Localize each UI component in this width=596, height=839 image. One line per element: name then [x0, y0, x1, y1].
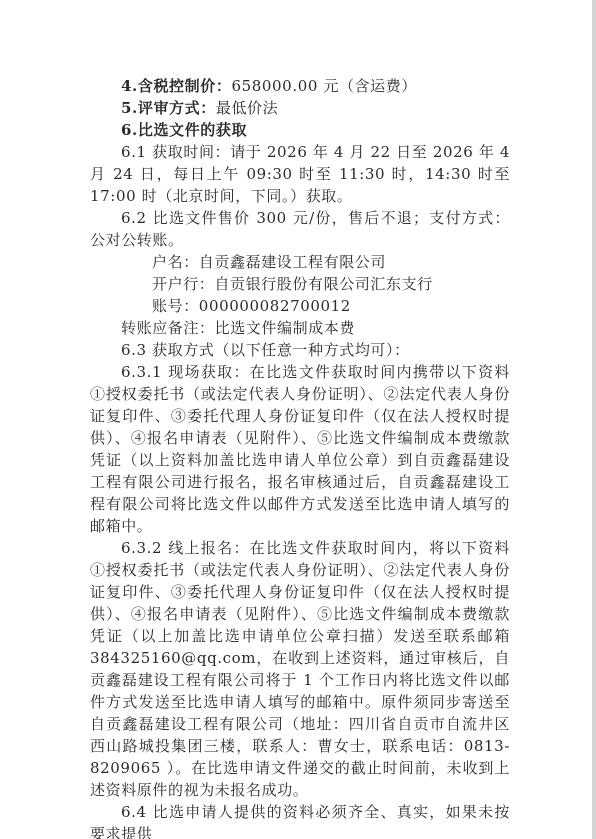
paragraph-6-4: 6.4 比选申请人提供的资料必须齐全、真实，如果未按要求提供 [90, 801, 510, 839]
review-method-line: 5.评审方式：最低价法 [90, 97, 510, 119]
transfer-note: 转账应备注：比选文件编制成本费 [90, 317, 510, 339]
control-price-value: 658000.00 元（含运费） [231, 77, 416, 95]
section-6-heading: 6.比选文件的获取 [90, 119, 510, 141]
review-method-label: 5.评审方式： [121, 99, 216, 117]
paragraph-6-3-1: 6.3.1 现场获取：在比选文件获取时间内携带以下资料①授权委托书（或法定代表人… [90, 361, 510, 537]
account-name: 户名：自贡鑫磊建设工程有限公司 [90, 251, 510, 273]
review-method-value: 最低价法 [216, 99, 278, 117]
page-edge [592, 0, 596, 839]
account-bank: 开户行：自贡银行股份有限公司汇东支行 [90, 273, 510, 295]
control-price-line: 4.含税控制价：658000.00 元（含运费） [90, 75, 510, 97]
paragraph-6-2: 6.2 比选文件售价 300 元/份，售后不退；支付方式：公对公转账。 [90, 207, 510, 251]
document-body: 4.含税控制价：658000.00 元（含运费） 5.评审方式：最低价法 6.比… [90, 75, 510, 839]
account-number: 账号：000000082700012 [90, 295, 510, 317]
paragraph-6-3-2: 6.3.2 线上报名：在比选文件获取时间内，将以下资料①授权委托书（或法定代表人… [90, 537, 510, 801]
paragraph-6-1: 6.1 获取时间：请于 2026 年 4 月 22 日至 2026 年 4 月 … [90, 141, 510, 207]
control-price-label: 4.含税控制价： [121, 77, 231, 95]
paragraph-6-3: 6.3 获取方式（以下任意一种方式均可）： [90, 339, 510, 361]
document-page: 4.含税控制价：658000.00 元（含运费） 5.评审方式：最低价法 6.比… [0, 0, 592, 839]
